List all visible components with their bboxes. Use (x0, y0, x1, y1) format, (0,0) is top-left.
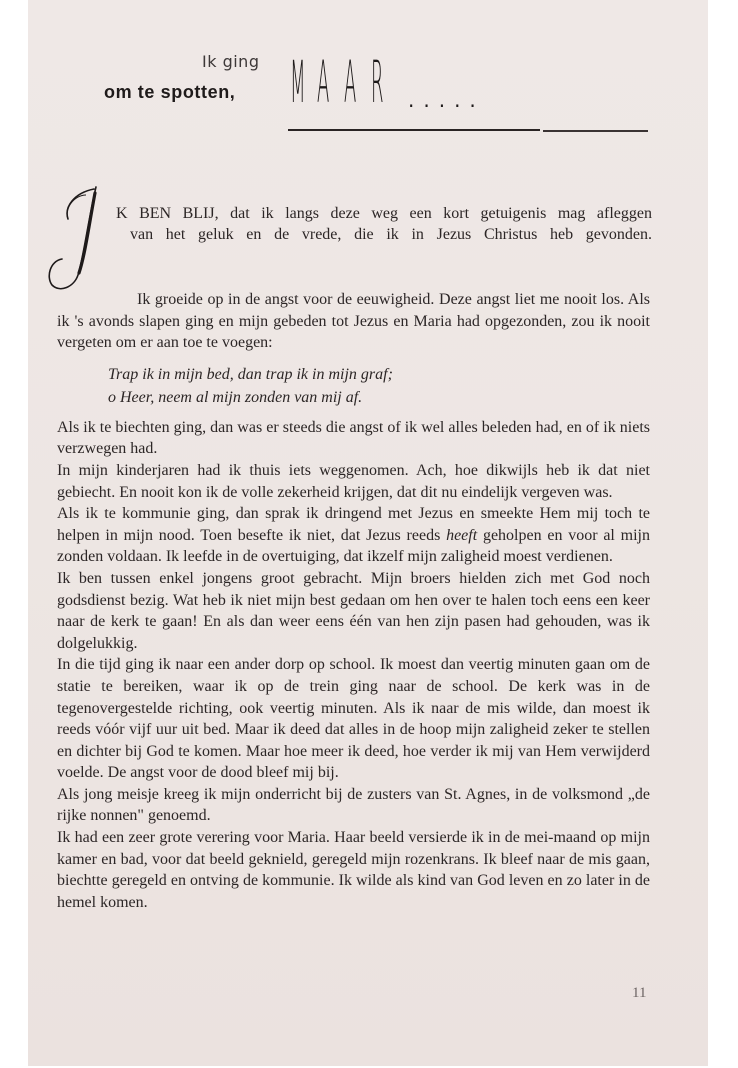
paragraph: In die tijd ging ik naar een ander dorp … (57, 654, 650, 784)
paragraph: In mijn kinderjaren had ik thuis iets we… (57, 460, 650, 503)
heading-ellipsis: ..... (408, 90, 485, 112)
intro-paragraph: K BEN BLIJ, dat ik langs deze weg een ko… (116, 203, 652, 245)
paragraph: Als jong meisje kreeg ik mijn onderricht… (57, 784, 650, 827)
heading-emphasis-letter: A (317, 54, 329, 112)
paragraph: Als ik te kommunie ging, dan sprak ik dr… (57, 503, 650, 568)
verse-line: o Heer, neem al mijn zonden van mij af. (108, 386, 650, 409)
heading-emphasis-letter: M (290, 54, 302, 112)
intro-line-2: van het geluk en de vrede, die ik in Jez… (116, 224, 652, 245)
heading-emphasis-letter: A (344, 54, 356, 112)
paragraph: Ik had een zeer grote verering voor Mari… (57, 827, 650, 913)
body-text: Ik groeide op in de angst voor de eeuwig… (57, 289, 650, 913)
intro-line-1: K BEN BLIJ, dat ik langs deze weg een ko… (116, 203, 652, 224)
heading-line-bold: om te spotten, (104, 82, 235, 103)
paragraph: Ik groeide op in de angst voor de eeuwig… (57, 289, 650, 354)
heading-emphasis: M A A R ..... (290, 50, 485, 112)
heading-rule-short (543, 130, 648, 132)
emphasis-text: heeft (446, 527, 477, 544)
heading-line-small: Ik ging (202, 52, 259, 71)
paragraph: Als ik te biechten ging, dan was er stee… (57, 417, 650, 460)
heading-rule (288, 129, 540, 131)
paragraph: Ik ben tussen enkel jongens groot gebrac… (57, 568, 650, 654)
page-number: 11 (632, 985, 646, 1002)
dropcap-j-ornament (44, 185, 124, 293)
verse: Trap ik in mijn bed, dan trap ik in mijn… (108, 363, 650, 409)
heading-emphasis-letter: R (371, 54, 383, 112)
verse-line: Trap ik in mijn bed, dan trap ik in mijn… (108, 363, 650, 386)
